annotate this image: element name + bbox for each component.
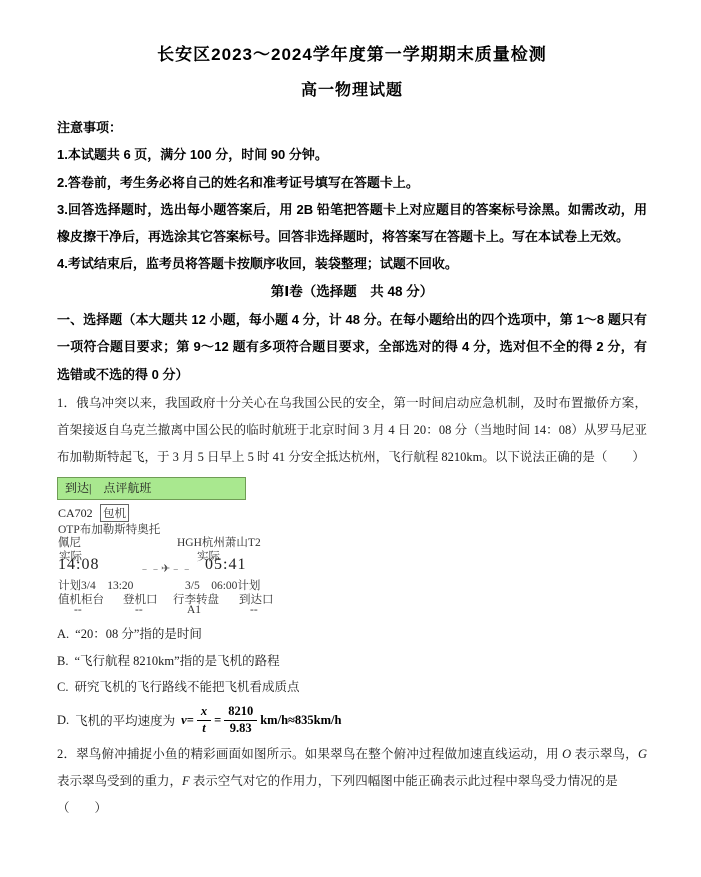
exam-page: 长安区2023～2024学年度第一学期期末质量检测 高一物理试题 注意事项： 1… — [0, 0, 701, 877]
notice-heading: 注意事项： — [57, 114, 647, 141]
q2-segment-2: 表示翠鸟， — [571, 747, 638, 761]
formula-t: t — [197, 721, 211, 737]
formula-fraction-values: 8210 9.83 — [224, 704, 257, 736]
option-d-label: D. — [57, 713, 69, 728]
option-a-label: A. — [57, 627, 69, 641]
q2-segment-3: 表示翠鸟受到的重力， — [57, 774, 182, 788]
departure-time: 14:08 — [58, 556, 99, 574]
notice-item-1: 1.本试题共 6 页，满分 100 分，时间 90 分钟。 — [57, 141, 647, 168]
option-b-label: B. — [57, 654, 68, 668]
formula-equals-2: = — [214, 713, 221, 728]
flight-info-card: 到达| 点评航班 CA702 包机 OTP布加勒斯特奥托 佩尼 HGH杭州萧山T… — [57, 477, 487, 617]
baggage-carousel-value: A1 — [187, 604, 201, 616]
airplane-icon: ﹣﹣✈﹣﹣ — [139, 560, 192, 576]
exam-subtitle: 高一物理试题 — [57, 77, 647, 100]
notice-item-2: 2.答卷前，考生务必将自己的姓名和准考证号填写在答题卡上。 — [57, 169, 647, 196]
exam-title: 长安区2023～2024学年度第一学期期末质量检测 — [57, 40, 647, 65]
option-a-text: “20：08 分”指的是时间 — [75, 627, 202, 641]
option-b-text: “飞行航程 8210km”指的是飞机的路程 — [74, 654, 279, 668]
q2-symbol-o: O — [562, 747, 571, 761]
formula-x: x — [197, 704, 211, 721]
formula-unit: km/h — [260, 713, 288, 728]
notice-item-3: 3.回答选择题时，选出每小题答案后，用 2B 铅笔把答题卡上对应题目的答案标号涂… — [57, 196, 647, 251]
boarding-gate-value: -- — [135, 604, 143, 616]
arrival-gate-value: -- — [250, 604, 258, 616]
q2-segment-4: 表示空气对它的作用力，下列四幅图中能正确表示此过程中翠鸟受力情况的是 — [190, 774, 618, 788]
notice-item-4: 4.考试结束后，监考员将答题卡按顺序收回，装袋整理；试题不回收。 — [57, 250, 647, 277]
option-a: A.“20：08 分”指的是时间 — [57, 621, 647, 648]
option-d: D. 飞机的平均速度为 v = x t = 8210 9.83 km/h ≈83… — [57, 703, 647, 737]
section-1-header: 第Ⅰ卷（选择题 共 48 分） — [57, 278, 647, 306]
option-b: B.“飞行航程 8210km”指的是飞机的路程 — [57, 648, 647, 675]
option-d-text: 飞机的平均速度为 — [75, 711, 175, 729]
formula-equals-1: = — [187, 713, 194, 728]
formula-distance: 8210 — [224, 704, 257, 721]
formula-time: 9.83 — [224, 721, 257, 737]
option-c-text: 研究飞机的飞行路线不能把飞机看成质点 — [74, 680, 299, 694]
question-2-text: 2．翠鸟俯冲捕捉小鱼的精彩画面如图所示。如果翠鸟在整个俯冲过程做加速直线运动，用… — [57, 741, 647, 795]
checkin-counter-value: -- — [74, 604, 82, 616]
formula-result: ≈835km/h — [288, 713, 341, 728]
q2-symbol-g: G — [638, 747, 647, 761]
flight-card-header: 到达| 点评航班 — [57, 477, 246, 500]
q2-segment-1: 2．翠鸟俯冲捕捉小鱼的精彩画面如图所示。如果翠鸟在整个俯冲过程做加速直线运动，用 — [57, 747, 562, 761]
option-d-formula: v = x t = 8210 9.83 km/h ≈835km/h — [181, 704, 341, 736]
section-1-instructions: 一、选择题（本大题共 12 小题，每小题 4 分，计 48 分。在每小题给出的四… — [57, 306, 647, 388]
charter-tag: 包机 — [100, 504, 129, 522]
question-1-text: 1．俄乌冲突以来，我国政府十分关心在乌我国公民的安全，第一时间启动应急机制，及时… — [57, 390, 647, 471]
option-c-label: C. — [57, 680, 68, 694]
q2-symbol-f: F — [182, 774, 190, 788]
option-c: C.研究飞机的飞行路线不能把飞机看成质点 — [57, 674, 647, 701]
formula-fraction-xt: x t — [197, 704, 211, 736]
arrival-time: 05:41 — [205, 556, 246, 574]
flight-number: CA702 — [58, 506, 93, 521]
question-2-answer-paren: （ ） — [57, 795, 647, 821]
